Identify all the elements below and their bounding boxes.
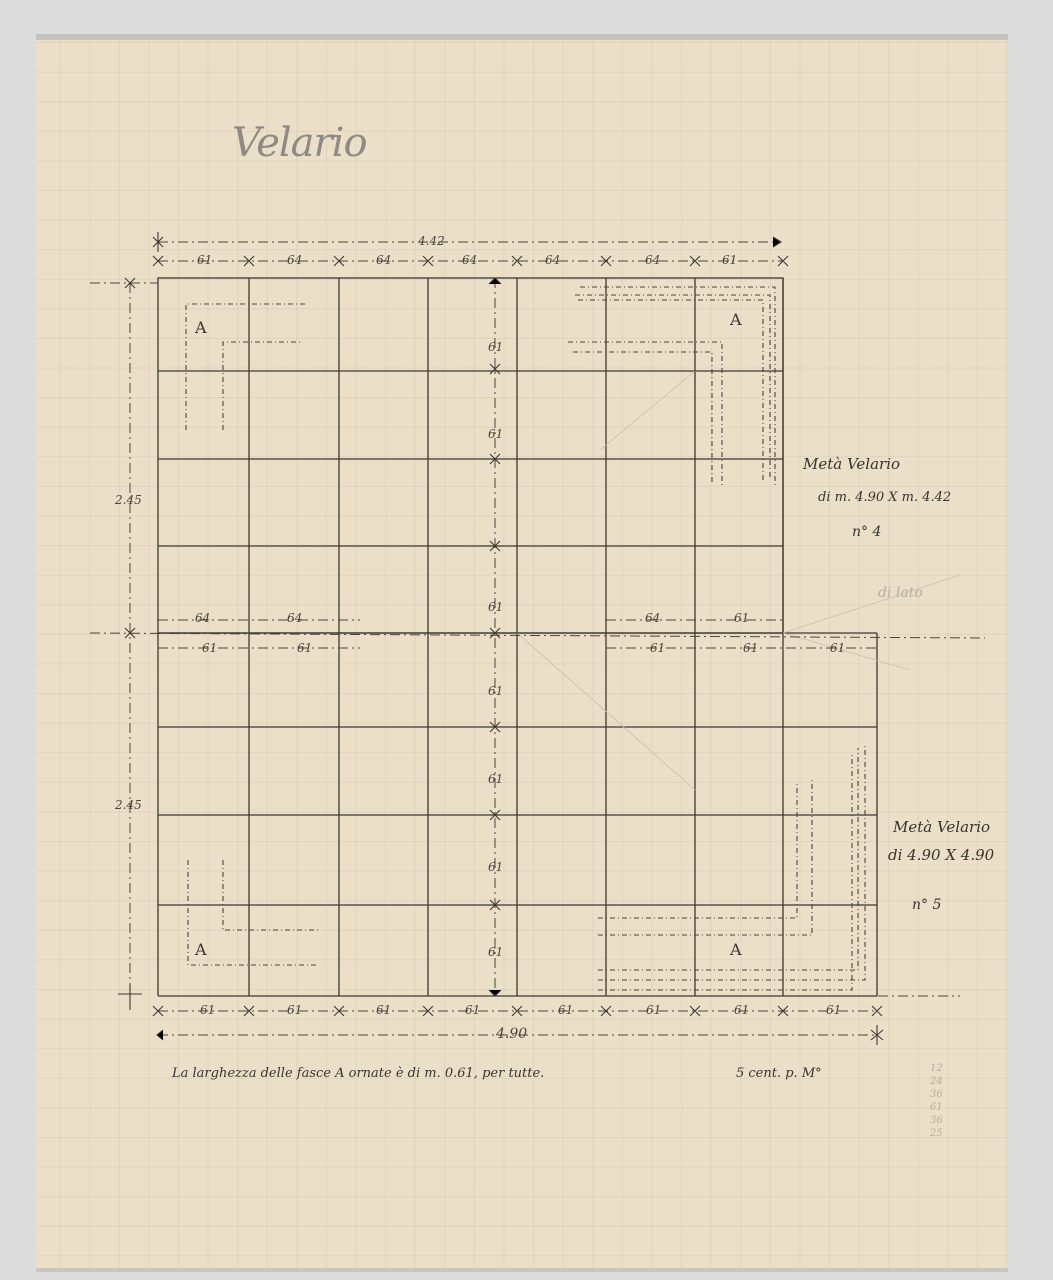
top-total-dimension: 4.42 [418,234,445,248]
bottom-segment: 61 [826,1003,841,1017]
lower-note-number: n° 5 [912,897,941,913]
mid-right-lower-segment: 61 [830,641,845,655]
bottom-segment: 61 [558,1003,573,1017]
top-segment: 64 [462,253,477,267]
mid-right-upper-segment: 61 [734,611,749,625]
mid-left-upper-segment: 64 [195,611,210,625]
dimension-lines [90,242,985,1035]
top-segment: 64 [545,253,560,267]
band-marker-a: A [195,318,207,337]
top-segment: 61 [197,253,212,267]
top-segment: 64 [376,253,391,267]
faint-annotation: di lato [878,585,923,601]
center-segment: 61 [488,684,503,698]
mid-right-lower-segment: 61 [743,641,758,655]
mid-left-lower-segment: 61 [297,641,312,655]
mid-right-lower-segment: 61 [650,641,665,655]
bottom-segment: 61 [646,1003,661,1017]
left-lower-dimension: 2.45 [115,798,142,812]
scale-note: 5 cent. p. M° [736,1066,822,1081]
bottom-segment: 61 [376,1003,391,1017]
velarium-plan-drawing [0,0,1053,1280]
left-upper-dimension: 2.45 [115,493,142,507]
center-segment: 61 [488,860,503,874]
lower-note-title: Metà Velario [893,818,990,836]
top-segment: 61 [722,253,737,267]
center-segment: 61 [488,427,503,441]
ornamental-bands [186,287,865,990]
margin-calculations: 12 24 36 61 36 25 [930,1062,960,1140]
mid-right-upper-segment: 64 [645,611,660,625]
bottom-segment: 61 [465,1003,480,1017]
bottom-segment: 61 [200,1003,215,1017]
panel-grid [158,278,877,996]
band-marker-a: A [195,940,207,959]
bottom-segment: 61 [734,1003,749,1017]
upper-note-title: Metà Velario [803,455,900,473]
center-segment: 61 [488,772,503,786]
center-segment: 61 [488,340,503,354]
bottom-segment: 61 [287,1003,302,1017]
top-segment: 64 [287,253,302,267]
drawing-title: Velario [232,120,367,166]
footer-note: La larghezza delle fasce A ornate è di m… [172,1066,544,1081]
upper-note-dimensions: di m. 4.90 X m. 4.42 [818,490,951,505]
center-segment: 61 [488,600,503,614]
mid-left-upper-segment: 64 [287,611,302,625]
center-segment: 61 [488,945,503,959]
lower-note-dimensions: di 4.90 X 4.90 [888,846,994,864]
upper-note-number: n° 4 [852,524,881,540]
band-marker-a: A [730,940,742,959]
band-marker-a: A [730,310,742,329]
mid-left-lower-segment: 61 [202,641,217,655]
top-segment: 64 [645,253,660,267]
bottom-total-dimension: 4.90 [496,1026,527,1042]
